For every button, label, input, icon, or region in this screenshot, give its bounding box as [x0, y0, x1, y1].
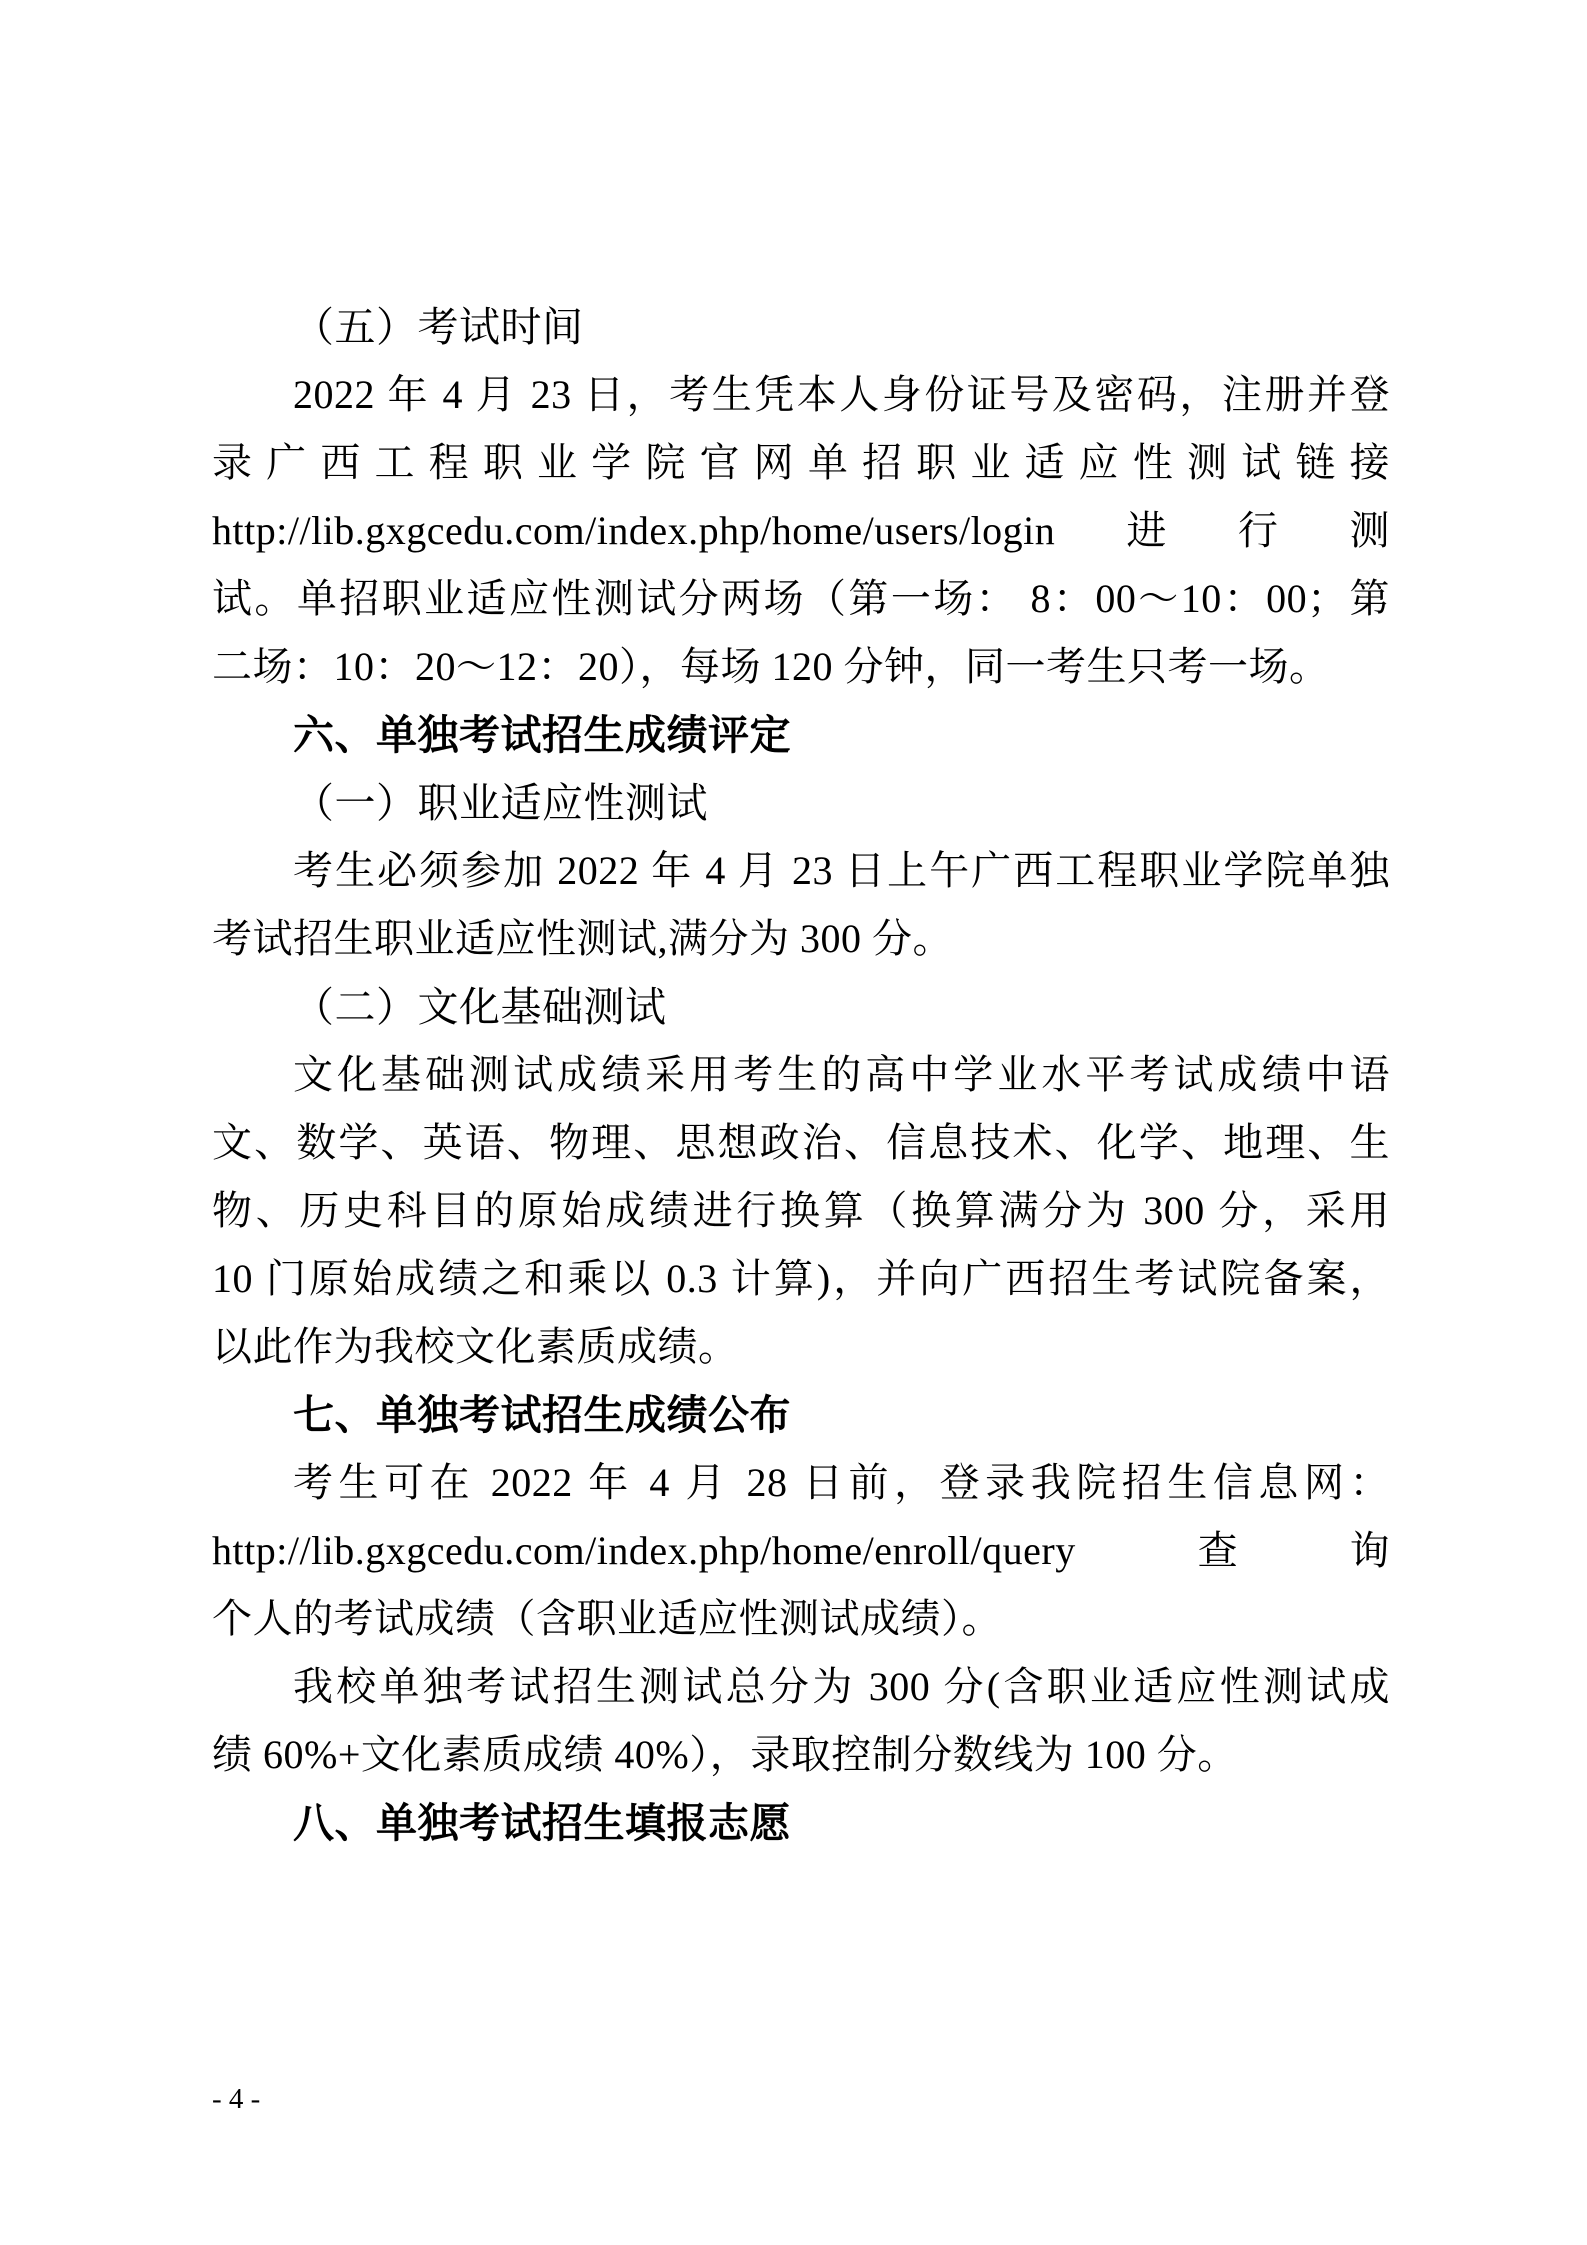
subheading-2-cultural-foundation-test: （二）文化基础测试 — [212, 973, 1390, 1041]
para-exam-schedule-line2: 录广西工程职业学院官网单招职业适应性测试链接 — [212, 429, 1390, 497]
para-total-score-line2: 绩 60%+文化素质成绩 40%），录取控制分数线为 100 分。 — [212, 1721, 1390, 1789]
para-exam-schedule-line1: 2022 年 4 月 23 日，考生凭本人身份证号及密码，注册并登 — [212, 361, 1390, 429]
document-body: （五）考试时间 2022 年 4 月 23 日，考生凭本人身份证号及密码，注册并… — [212, 293, 1390, 1857]
para-cultural-test-line1: 文化基础测试成绩采用考生的高中学业水平考试成绩中语 — [212, 1041, 1390, 1109]
subheading-1-aptitude-test: （一）职业适应性测试 — [212, 769, 1390, 837]
document-page: （五）考试时间 2022 年 4 月 23 日，考生凭本人身份证号及密码，注册并… — [0, 0, 1587, 2245]
para-score-query-line1: 考生可在 2022 年 4 月 28 日前，登录我院招生信息网： — [212, 1449, 1390, 1517]
para-total-score-line1: 我校单独考试招生测试总分为 300 分(含职业适应性测试成 — [212, 1653, 1390, 1721]
para-exam-schedule-line4: 试。单招职业适应性测试分两场（第一场： 8：00～10：00；第 — [212, 565, 1390, 633]
section-heading-8-application: 八、单独考试招生填报志愿 — [212, 1789, 1390, 1857]
para-cultural-test-line2: 文、数学、英语、物理、思想政治、信息技术、化学、地理、生 — [212, 1109, 1390, 1177]
page-number: - 4 - — [212, 2082, 260, 2116]
section-heading-6-score-evaluation: 六、单独考试招生成绩评定 — [212, 701, 1390, 769]
para-cultural-test-line4: 10 门原始成绩之和乘以 0.3 计算)，并向广西招生考试院备案， — [212, 1245, 1390, 1313]
para-aptitude-test-line2: 考试招生职业适应性测试,满分为 300 分。 — [212, 905, 1390, 973]
section-heading-7-score-announcement: 七、单独考试招生成绩公布 — [212, 1381, 1390, 1449]
para-exam-schedule-line5: 二场：10：20～12：20），每场 120 分钟，同一考生只考一场。 — [212, 633, 1390, 701]
para-exam-schedule-line3-login-url: http://lib.gxgcedu.com/index.php/home/us… — [212, 497, 1390, 565]
subheading-5-exam-time: （五）考试时间 — [212, 293, 1390, 361]
para-cultural-test-line5: 以此作为我校文化素质成绩。 — [212, 1313, 1390, 1381]
para-score-query-line2-query-url: http://lib.gxgcedu.com/index.php/home/en… — [212, 1517, 1390, 1585]
para-cultural-test-line3: 物、历史科目的原始成绩进行换算（换算满分为 300 分，采用 — [212, 1177, 1390, 1245]
para-aptitude-test-line1: 考生必须参加 2022 年 4 月 23 日上午广西工程职业学院单独 — [212, 837, 1390, 905]
para-score-query-line3: 个人的考试成绩（含职业适应性测试成绩）。 — [212, 1585, 1390, 1653]
